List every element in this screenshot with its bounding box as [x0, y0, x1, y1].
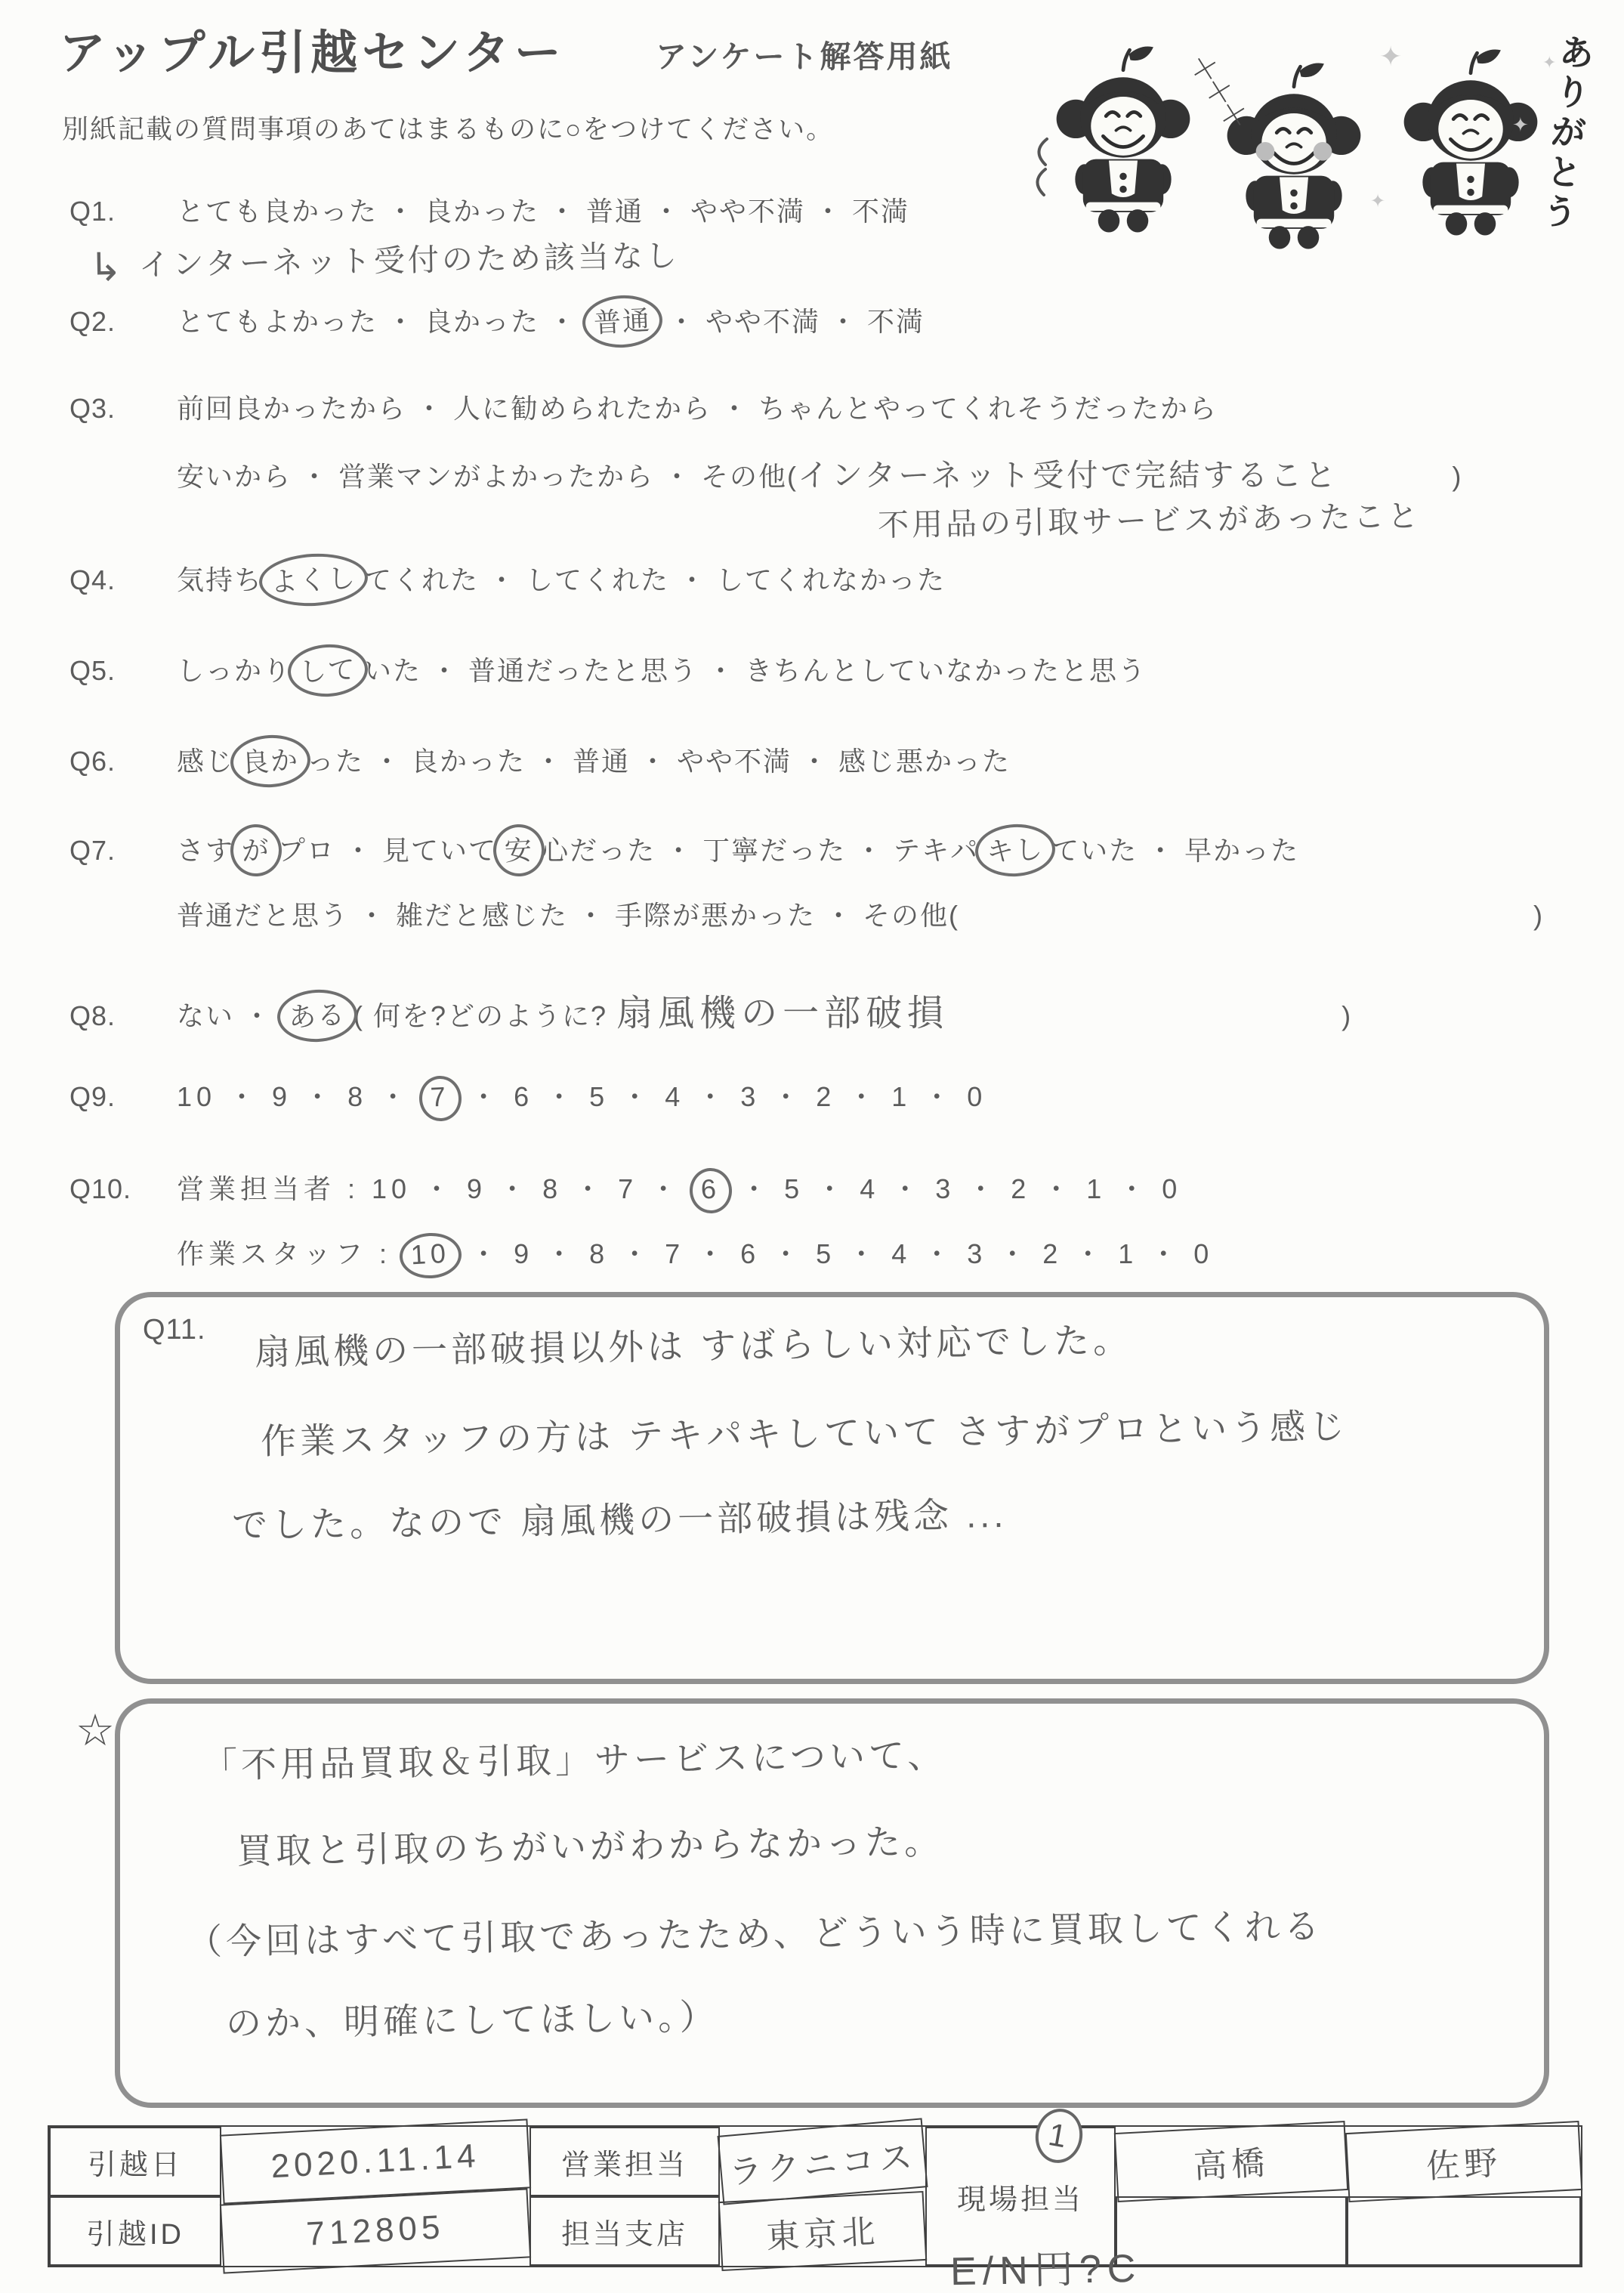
- q7-number: Q7.: [69, 835, 177, 867]
- question-q4: Q4.気持ちよくしてくれた ・ してくれた ・ してくれなかった: [69, 559, 946, 600]
- q8-number: Q8.: [69, 1000, 177, 1032]
- star-comment-line3: （今回はすべて引取であったため、どういう時に買取してくれる: [187, 1898, 1324, 1964]
- q2-options: とてもよかった ・ 良かった ・ 普通 ・ やや不満 ・ 不満: [177, 306, 925, 337]
- option-text: ない ・: [177, 1000, 281, 1031]
- circled-answer: 7: [418, 1075, 463, 1123]
- circled-answer: よくし: [258, 551, 369, 608]
- option-text: ていた ・ 早かった: [1051, 835, 1299, 866]
- q5-number: Q5.: [69, 655, 177, 687]
- question-q8: Q8.ない ・ ある( 何を?どのように? 扇風機の一部破損): [69, 984, 1352, 1036]
- handwritten-text: インターネット受付で完結すること: [798, 458, 1338, 493]
- option-text: ): [1533, 900, 1544, 931]
- q3-handwritten-note2: 不用品の引取サービスがあったこと: [878, 491, 1422, 545]
- option-text: プロ ・ 見ていて: [278, 835, 497, 866]
- q10-number: Q10.: [69, 1173, 177, 1205]
- circled-answer: が: [229, 823, 283, 877]
- star-icon: ☆: [76, 1704, 115, 1756]
- sparkle-icon: ✦: [1379, 41, 1402, 73]
- question-q1: Q1.とても良かった ・ 良かった ・ 普通 ・ やや不満 ・ 不満: [69, 190, 909, 229]
- star-comment-line1: 「不用品買取＆引取」サービスについて、: [202, 1727, 947, 1788]
- circled-answer: 良か: [229, 733, 311, 789]
- q6-number: Q6.: [69, 746, 177, 777]
- option-text: ・ 5 ・ 4 ・ 3 ・ 2 ・ 1 ・ 0: [728, 1173, 1181, 1204]
- option-text: 普通だと思う ・ 雑だと感じた ・ 手際が悪かった ・ その他(: [177, 900, 959, 931]
- question-q5: Q5.しっかりしていた ・ 普通だったと思う ・ きちんとしていなかったと思う: [69, 650, 1147, 691]
- star-comment-line2: 買取と引取のちがいがわからなかった。: [236, 1813, 944, 1874]
- page-title: アップル引越センター: [59, 15, 566, 82]
- option-text: しっかり: [177, 655, 292, 686]
- option-text: 作業スタッフ :: [177, 1238, 403, 1269]
- q3-options-line2: 安いから ・ 営業マンがよかったから ・ その他(インターネット受付で完結するこ…: [177, 461, 1462, 492]
- q10-sales-scale: 営業担当者 : 10 ・ 9 ・ 8 ・ 7 ・ 6 ・ 5 ・ 4 ・ 3 ・…: [177, 1173, 1181, 1204]
- question-q3-line2: 安いから ・ 営業マンがよかったから ・ その他(インターネット受付で完結するこ…: [69, 450, 1462, 495]
- option-text: ): [1341, 1000, 1352, 1031]
- q1-note-text: インターネット受付のため該当なし: [138, 238, 680, 282]
- q1-handwritten-note: ↳インターネット受付のため該当なし: [88, 230, 680, 291]
- option-text: いた ・ 普通だったと思う ・ きちんとしていなかったと思う: [364, 655, 1147, 686]
- monkey-mascot-3-icon: [1399, 47, 1542, 237]
- option-text: った ・ 良かった ・ 普通 ・ やや不満 ・ 感じ悪かった: [307, 746, 1011, 777]
- q6-options: 感じ良かった ・ 良かった ・ 普通 ・ やや不満 ・ 感じ悪かった: [177, 746, 1011, 777]
- q7-options-line1: さすがプロ ・ 見ていて安心だった ・ 丁寧だった ・ テキパキしていた ・ 早…: [177, 835, 1299, 866]
- question-q6: Q6.感じ良かった ・ 良かった ・ 普通 ・ やや不満 ・ 感じ悪かった: [69, 740, 1011, 781]
- page-subtitle: アンケート解答用紙: [656, 32, 953, 76]
- circled-answer: 安: [492, 823, 546, 877]
- q3-options-line1: 前回良かったから ・ 人に勧められたから ・ ちゃんとやってくれそうだったから: [177, 393, 1218, 424]
- q11-comment-line2: 作業スタッフの方は テキパキしていて さすがプロという感じ: [261, 1398, 1349, 1464]
- q5-options: しっかりしていた ・ 普通だったと思う ・ きちんとしていなかったと思う: [177, 655, 1147, 686]
- q11-number: Q11.: [143, 1314, 206, 1346]
- q8-options: ない ・ ある( 何を?どのように? 扇風機の一部破損): [177, 1000, 1352, 1031]
- option-text: ・ 9 ・ 8 ・ 7 ・ 6 ・ 5 ・ 4 ・ 3 ・ 2 ・ 1 ・ 0: [458, 1238, 1213, 1269]
- star-comment-box: 「不用品買取＆引取」サービスについて、 買取と引取のちがいがわからなかった。 （…: [115, 1698, 1549, 2108]
- value-worker-2: 佐野: [1345, 2121, 1582, 2202]
- label-move-id: 引越ID: [49, 2196, 221, 2266]
- option-text: 営業担当者 : 10 ・ 9 ・ 8 ・ 7 ・: [177, 1173, 693, 1204]
- field-staff-count-mark: 1: [1031, 2105, 1087, 2167]
- option-text: ): [1452, 461, 1462, 492]
- q11-comment-line3: でした。なので 扇風機の一部破損は残念 ...: [232, 1487, 1008, 1548]
- option-text: ( 何を?どのように?: [354, 1000, 616, 1031]
- empty-cell-1: [1116, 2196, 1347, 2266]
- instruction-text: 別紙記載の質問事項のあてはまるものに○をつけてください。: [62, 109, 834, 147]
- q1-number: Q1.: [69, 196, 177, 227]
- question-q7-line2: 普通だと思う ・ 雑だと感じた ・ 手際が悪かった ・ その他(): [69, 895, 1544, 933]
- option-text: 前回良かったから ・ 人に勧められたから ・ ちゃんとやってくれそうだったから: [177, 393, 1218, 424]
- sparkle-icon: ✦: [1512, 113, 1529, 137]
- monkey-mascot-1-icon: [1051, 44, 1195, 234]
- option-text: とてもよかった ・ 良かった ・: [177, 306, 586, 337]
- empty-cell-2: [1347, 2196, 1581, 2266]
- circled-answer: ある: [276, 987, 358, 1043]
- option-text: 10 ・ 9 ・ 8 ・: [177, 1081, 423, 1112]
- q7-options-line2: 普通だと思う ・ 雑だと感じた ・ 手際が悪かった ・ その他(): [177, 900, 1544, 931]
- footer-handwritten-note: E/N円?C: [949, 2236, 1141, 2293]
- q11-comment-box: Q11. 扇風機の一部破損以外は すばらしい対応でした。 作業スタッフの方は テ…: [115, 1292, 1549, 1684]
- option-text: ・ 6 ・ 5 ・ 4 ・ 3 ・ 2 ・ 1 ・ 0: [458, 1081, 986, 1112]
- option-text: てくれた ・ してくれた ・ してくれなかった: [364, 564, 946, 595]
- survey-answer-sheet: アップル引越センター アンケート解答用紙 別紙記載の質問事項のあてはまるものに○…: [0, 0, 1624, 2293]
- option-text: ・ やや不満 ・ 不満: [659, 306, 925, 337]
- q4-options: 気持ちよくしてくれた ・ してくれた ・ してくれなかった: [177, 564, 946, 595]
- label-move-date: 引越日: [49, 2127, 221, 2196]
- question-q2: Q2.とてもよかった ・ 良かった ・ 普通 ・ やや不満 ・ 不満: [69, 301, 925, 341]
- q11-comment-line1: 扇風機の一部破損以外は すばらしい対応でした。: [255, 1312, 1133, 1375]
- field-staff-label-text: 現場担当: [957, 2176, 1084, 2217]
- arrow-icon: ↳: [89, 246, 126, 290]
- q9-scale: 10 ・ 9 ・ 8 ・ 7 ・ 6 ・ 5 ・ 4 ・ 3 ・ 2 ・ 1 ・…: [177, 1081, 986, 1112]
- circled-answer: 普通: [581, 293, 663, 349]
- label-sales-rep: 営業担当: [529, 2127, 720, 2196]
- q10-staff-scale: 作業スタッフ : 10 ・ 9 ・ 8 ・ 7 ・ 6 ・ 5 ・ 4 ・ 3 …: [177, 1238, 1213, 1269]
- value-branch: 東京北: [718, 2191, 927, 2271]
- q3-number: Q3.: [69, 393, 177, 425]
- question-q10-line2: 作業スタッフ : 10 ・ 9 ・ 8 ・ 7 ・ 6 ・ 5 ・ 4 ・ 3 …: [69, 1233, 1213, 1272]
- option-text: 感じ: [177, 746, 234, 777]
- handwritten-text: 扇風機の一部破損: [616, 994, 949, 1034]
- q9-number: Q9.: [69, 1081, 177, 1113]
- option-text: さす: [177, 835, 234, 866]
- circled-answer: 6: [689, 1167, 733, 1215]
- circled-answer: キし: [974, 822, 1056, 878]
- star-comment-line4: のか、明確にしてほしい。）: [226, 1989, 719, 2046]
- option-text: 安いから ・ 営業マンがよかったから ・ その他(: [177, 461, 798, 492]
- circled-answer: 10: [399, 1231, 463, 1280]
- label-branch: 担当支店: [529, 2196, 720, 2266]
- question-q7: Q7.さすがプロ ・ 見ていて安心だった ・ 丁寧だった ・ テキパキしていた …: [69, 830, 1299, 870]
- option-text: 気持ち: [177, 564, 263, 595]
- q1-options: とても良かった ・ 良かった ・ 普通 ・ やや不満 ・ 不満: [177, 196, 909, 227]
- question-q10: Q10.営業担当者 : 10 ・ 9 ・ 8 ・ 7 ・ 6 ・ 5 ・ 4 ・…: [69, 1168, 1181, 1207]
- option-text: 心だった ・ 丁寧だった ・ テキパ: [541, 835, 979, 866]
- sparkle-icon: ✦: [1370, 190, 1385, 212]
- question-q3: Q3.前回良かったから ・ 人に勧められたから ・ ちゃんとやってくれそうだった…: [69, 388, 1218, 426]
- q4-number: Q4.: [69, 564, 177, 596]
- motion-lines-icon: [1029, 134, 1051, 199]
- value-worker-1: 高橋: [1114, 2121, 1348, 2202]
- footer-info-table: 引越日 2020.11.14 営業担当 ラクニコス 現場担当 1 高橋 佐野 引…: [48, 2125, 1582, 2267]
- circled-answer: して: [286, 642, 369, 698]
- q2-number: Q2.: [69, 306, 177, 338]
- question-q9: Q9.10 ・ 9 ・ 8 ・ 7 ・ 6 ・ 5 ・ 4 ・ 3 ・ 2 ・ …: [69, 1076, 986, 1115]
- option-text: とても良かった ・ 良かった ・ 普通 ・ やや不満 ・ 不満: [177, 196, 909, 227]
